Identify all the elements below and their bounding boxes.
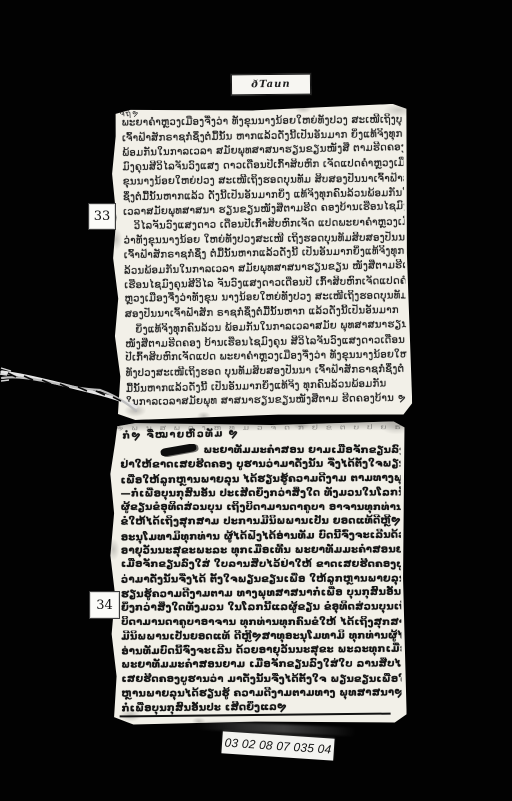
title-card-text: ðTaun — [251, 79, 290, 90]
archive-code-text: 03 02 08 07 035 04 — [224, 735, 332, 756]
script-line: ອະນຸໂມທາມິທຸກທ່ານ ຜູ້ໄດ້ຟັງໄດ້ອ່ານທັມ ບົ… — [121, 528, 401, 545]
script-line: ວ່າທັງຂຸນນາງນ້ອຍ ໃຫຍ່ທັງປວງສະເໜີ ເຖິງຮອດ… — [124, 231, 405, 249]
page-number-tag-33: 33 — [88, 203, 116, 230]
ink-flourish-mark — [160, 444, 197, 457]
page-number-text: 33 — [94, 209, 111, 224]
script-line: ຜູ້ຂຽນຂໍອຸທິດສ່ວນບຸນ ເຖິງບິດາມານດາຄູບາ ອ… — [121, 501, 401, 515]
script-line: ບິດາມານດາຄູບາອາຈານ ທຸກທ່ານທຸກຄົນຂໍໃຫ້ ໄດ… — [121, 616, 401, 630]
page-number-text: 34 — [96, 598, 113, 613]
script-line: ອາຍຸວັນນະສຸຂະພະລະ ທຸກເມື່ອເທີ້ນ ພະຍາທັມມ… — [121, 543, 401, 559]
manuscript-page-33: ຈຖ່ຯ ພະຍາຄຳຫຼວງເມືອງຈື່ງວ່າ ທັງຂຸນນາງນ້ອ… — [110, 104, 413, 421]
microfilm-frame: ðTaun ຈຖ່ຯ ພະຍາຄຳຫຼວງເມືອງຈື່ງວ່າ ທັງຂຸນ… — [0, 0, 512, 801]
page-number-tag-34: 34 — [89, 591, 120, 619]
script-line: ຢ່າໃຫ້ຂາດເສຍຮີດຄອງ ບູຮານວ່າມາດັ່ງນັ້ນ ຈື… — [121, 458, 401, 474]
script-line: ເມື່ອຈັກຂຽນລົງໃສ່ ໃບລານສືບໄວ້ຢ່າໃຫ້ ຂາດເ… — [121, 558, 401, 572]
manuscript-page-34: ຯ ຆ ນ ສ ພ ລ ງ ຫ ທ ມ ວ ຈ ດ ກ ຢ ຂ ຕ ບ ປ ຍ … — [108, 421, 406, 724]
archive-code-label: 03 02 08 07 035 04 — [221, 731, 334, 760]
script-line: ເພື່ອໃຫ້ລູກຫຼານພາຍລຸນ ໄດ້ຮຽນຮູ້ຄວາມດີງາມ… — [121, 471, 401, 488]
script-line: ຮຽນຮູ້ຄວາມດີງາມຕາມ ທາງພຸທສາສນາກໍ່ເພື່ອ ບ… — [121, 586, 401, 603]
script-line: ພະຍາທັມມະຄຳສອນຍາມ ເມື່ອຈັກຂຽນລົງໃສ່ໃບ ລາ… — [121, 658, 401, 674]
script-line: ຍິ່ງກວ່າສິ່ງໃດທັງມວນ ໃນໂລກນີ້ແລຜູ້ຂຽນ ຂໍ… — [121, 601, 401, 617]
script-line: ພະຍາທັມມະຄຳສອນ ຍາມເມື່ອຈັກຂຽນລົງ ໃສ່ໃບລາ… — [120, 444, 400, 458]
script-lines-page-33: ພະຍາຄຳຫຼວງເມືອງຈື່ງວ່າ ທັງຂຸນນາງນ້ອຍໃຫຍ່… — [110, 104, 413, 412]
title-card: ðTaun — [231, 74, 311, 96]
script-line: ອ່ານທັມບົດນີ້ຈົ່ງຈະເລີນ ດ້ວຍອາຍຸວັນນະສຸຂ… — [121, 643, 401, 660]
script-line: ຂຸນນາງນ້ອຍໃຫຍ່ປວງ ສະເໜີເຖິງຮອດບຸນທັມ ສິບ… — [123, 172, 404, 190]
script-line: —ກໍ່ເພື່ອບຸນກຸສົນອັນ ປະເສີດຍິ່ງກວ່າສິ່ງໃ… — [121, 486, 401, 502]
script-line: ເສຍຮີດຄອງບູຮານວ່າ ມາດັ່ງນັ້ນຈື່ງໄດ້ຕັ້ງໃ… — [121, 673, 401, 687]
binding-string — [0, 360, 138, 414]
page-heading: ກໍ່ຯ ຈື່ໝາຍຫົວທັມ ຯ — [122, 428, 242, 442]
script-lines-page-34: ພະຍາທັມມະຄຳສອນ ຍາມເມື່ອຈັກຂຽນລົງ ໃສ່ໃບລາ… — [108, 440, 406, 716]
